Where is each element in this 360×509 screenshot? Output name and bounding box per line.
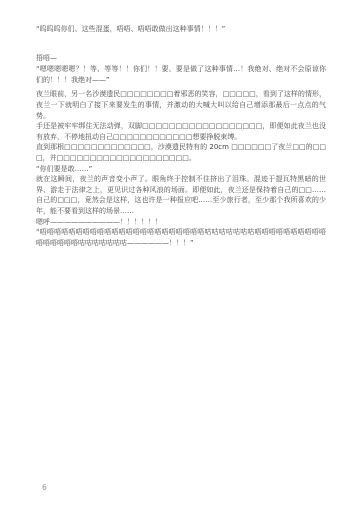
- document-page: “呜呜呜你们、这些混蛋，唔唔、唔唔敢做出这种事情！！！” 捂唔— “嗯嗯嗯嗯嗯？…: [0, 0, 360, 509]
- paragraph: 就在这瞬间，夜兰的声音变小声了。眼角终于控制不住挤出了泪珠。混迹于提瓦特黑暗的世…: [36, 174, 326, 216]
- page-text-block: “呜呜呜你们、这些混蛋，唔唔、唔唔敢做出这种事情！！！” 捂唔— “嗯嗯嗯嗯嗯？…: [36, 24, 326, 248]
- paragraph: 直到那根□□□□□□□□□□□□□，沙漠遗民特有的 20cm □□□□□□了夜兰…: [36, 142, 326, 163]
- paragraph: “嗯嗯嗯嗯嗯？！等、等等！！你们！！要、要是做了这种事情…！我绝对、绝对不会原谅…: [36, 64, 326, 85]
- paragraph: 捂唔—: [36, 53, 326, 64]
- paragraph: “你们要是敢……”: [36, 164, 326, 175]
- paragraph: 嗯呼——————————！！！！！！: [36, 217, 326, 228]
- paragraph: 夜兰眼前，另一名沙漠遗民□□□□□□□□着邪恶的笑容，□□□□□，看到了这样的情…: [36, 89, 326, 121]
- paragraph: 手还是被牢牢绑住无法动弹，双脚□□□□□□□□□□□□□□□□□□，即便如此夜兰…: [36, 121, 326, 142]
- paragraph: “呜呜呜你们、这些混蛋，唔唔、唔唔敢做出这种事情！！！”: [36, 24, 326, 35]
- paragraph: “唔唔唔唔唔唔唔唔唔唔唔唔唔唔唔唔唔唔唔唔唔唔唔咕咕咕咕咕咕咕唔唔唔唔唔唔唔唔唔…: [36, 227, 326, 248]
- page-number: 6: [42, 483, 47, 492]
